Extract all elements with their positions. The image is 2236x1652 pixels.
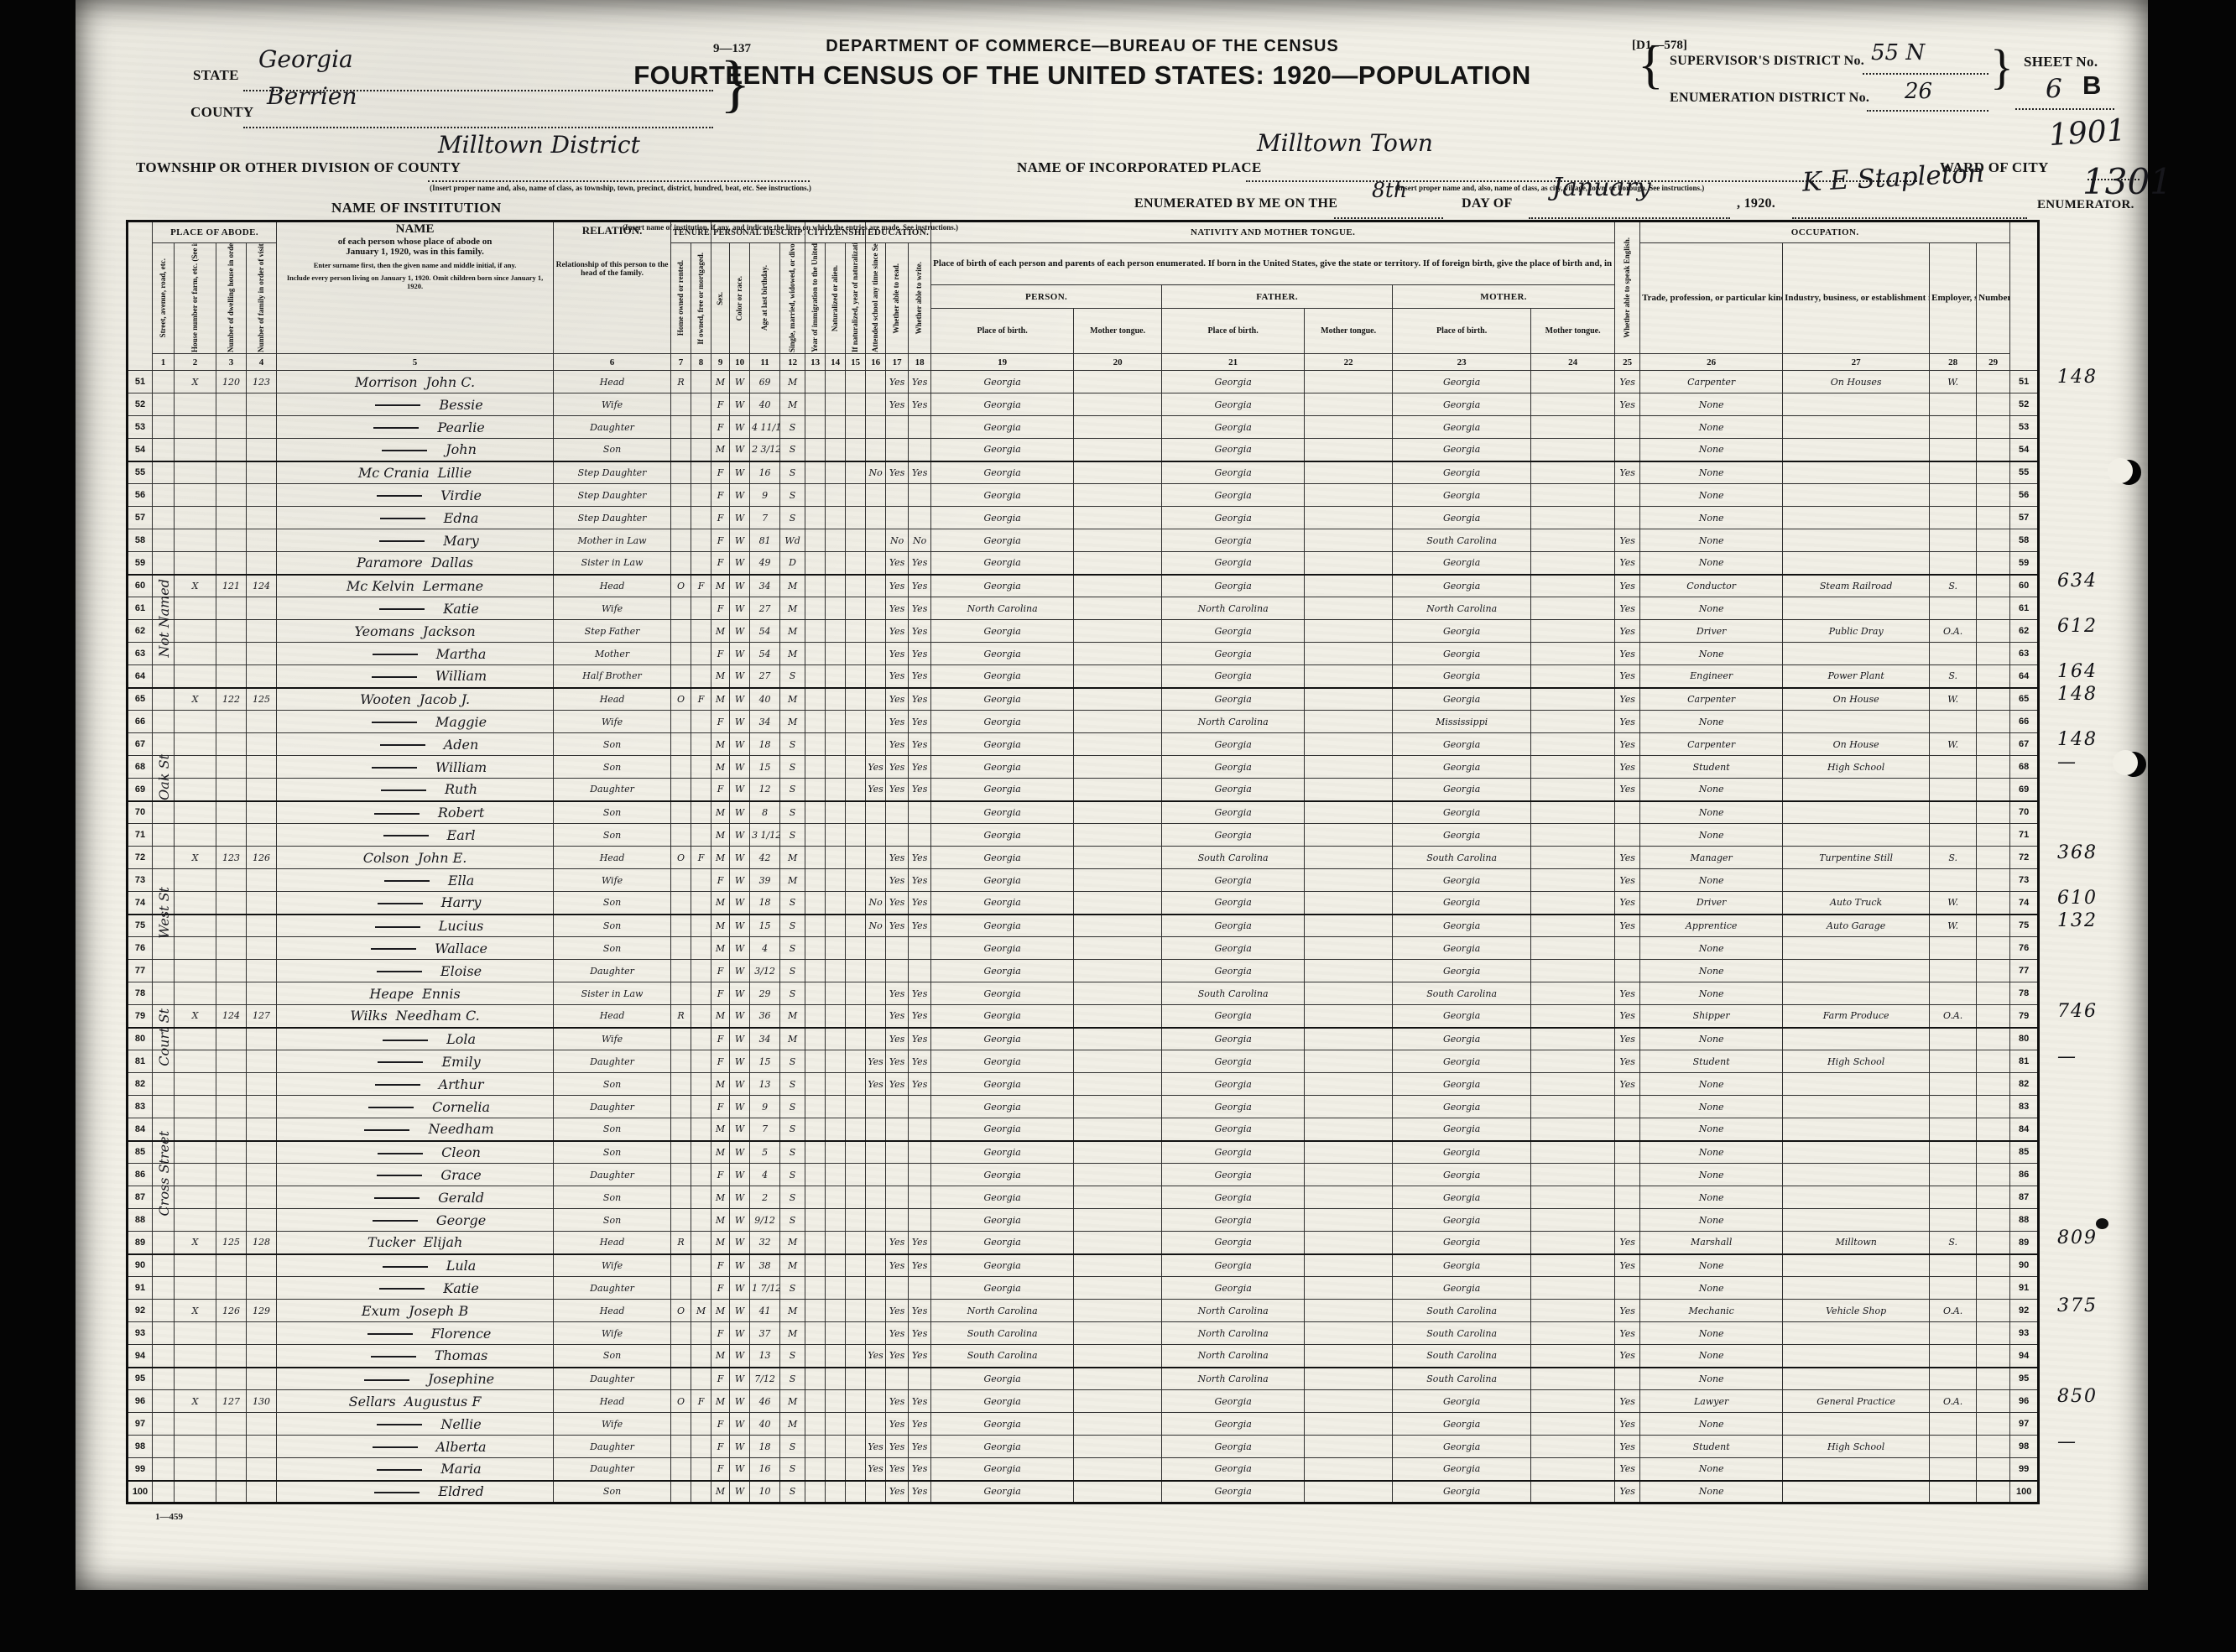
- cell-c1: [153, 1413, 175, 1436]
- cell-ind: On House: [1783, 688, 1930, 711]
- cell-x: [175, 1277, 216, 1300]
- cell-wr: Yes: [909, 1028, 931, 1050]
- cell-c14: [826, 688, 846, 711]
- cell-wr: Yes: [909, 1300, 931, 1322]
- cell-name: ParamoreDallas: [277, 552, 554, 575]
- cell-att: [866, 869, 886, 892]
- cell-ind: Auto Truck: [1783, 892, 1930, 915]
- street-name: Court St: [153, 981, 175, 1094]
- cell-c24: [1531, 1254, 1615, 1277]
- cell-ln: 100: [2010, 1481, 2039, 1503]
- cell-c13: [805, 1436, 826, 1458]
- cell-col: W: [730, 733, 750, 756]
- group-occupation: OCCUPATION.: [1640, 221, 2010, 243]
- cell-rel: Daughter: [554, 1050, 671, 1073]
- cell-c14: [826, 960, 846, 982]
- cell-fm: [691, 892, 711, 915]
- cell-name: MorrisonJohn C.: [277, 371, 554, 393]
- cell-rel: Son: [554, 439, 671, 461]
- cell-ln: 51: [2010, 371, 2039, 393]
- line-col-header-left: [128, 221, 153, 371]
- cell-fam: [247, 416, 277, 439]
- cell-col: W: [730, 371, 750, 393]
- cell-eng: [1615, 1164, 1640, 1186]
- cell-ln: 79: [2010, 1005, 2039, 1028]
- cell-rel: Head: [554, 371, 671, 393]
- cell-emp: [1930, 937, 1977, 960]
- cell-wr: Yes: [909, 711, 931, 733]
- cell-c22: [1305, 847, 1393, 869]
- cell-dw: [216, 711, 247, 733]
- cell-ind: Vehicle Shop: [1783, 1300, 1930, 1322]
- institution-label: NAME OF INSTITUTION: [331, 200, 502, 216]
- cell-c24: [1531, 597, 1615, 620]
- cell-col: W: [730, 1118, 750, 1141]
- cell-c24: [1531, 960, 1615, 982]
- cell-col: W: [730, 937, 750, 960]
- cell-c24: [1531, 1232, 1615, 1254]
- cell-dw: [216, 1436, 247, 1458]
- cell-pm: Georgia: [1393, 1186, 1531, 1209]
- cell-pf: Georgia: [1162, 1118, 1305, 1141]
- cell-age: 38: [750, 1254, 780, 1277]
- cell-dw: [216, 1254, 247, 1277]
- cell-fam: 124: [247, 575, 277, 597]
- table-row: 59ParamoreDallasSister in LawFW49DYesYes…: [128, 552, 2039, 575]
- cell-c13: [805, 711, 826, 733]
- cell-dw: 122: [216, 688, 247, 711]
- cell-or: O: [671, 847, 691, 869]
- cell-c15: [846, 1209, 866, 1232]
- cell-tr: None: [1640, 1254, 1783, 1277]
- cell-name: HeapeEnnis: [277, 982, 554, 1005]
- cell-c14: [826, 779, 846, 801]
- cell-name: Lula: [277, 1254, 554, 1277]
- cell-emp: S.: [1930, 847, 1977, 869]
- cell-ind: [1783, 824, 1930, 847]
- cell-ind: [1783, 1277, 1930, 1300]
- cell-mar: M: [780, 1005, 805, 1028]
- cell-sex: F: [711, 416, 730, 439]
- cell-c13: [805, 393, 826, 416]
- cell-pf: Georgia: [1162, 1050, 1305, 1073]
- cell-ind: [1783, 597, 1930, 620]
- cell-fm: [691, 552, 711, 575]
- cell-c24: [1531, 869, 1615, 892]
- cell-tr: Apprentice: [1640, 915, 1783, 937]
- cell-x: [175, 620, 216, 643]
- cell-wr: [909, 484, 931, 507]
- cell-c20: [1074, 892, 1162, 915]
- cell-tr: Lawyer: [1640, 1390, 1783, 1413]
- cell-ln: 59: [128, 552, 153, 575]
- cell-wr: Yes: [909, 915, 931, 937]
- cell-att: [866, 371, 886, 393]
- cell-x: X: [175, 1300, 216, 1322]
- cell-wr: Yes: [909, 756, 931, 779]
- cell-col: W: [730, 1300, 750, 1322]
- cell-ln: 75: [128, 915, 153, 937]
- cell-pm: Georgia: [1393, 960, 1531, 982]
- cell-c14: [826, 892, 846, 915]
- cell-c15: [846, 552, 866, 575]
- cell-pb: Georgia: [931, 1028, 1074, 1050]
- cell-c22: [1305, 1277, 1393, 1300]
- cell-rel: Half Brother: [554, 665, 671, 688]
- cell-wr: Yes: [909, 1390, 931, 1413]
- cell-age: 81: [750, 529, 780, 552]
- cell-wr: Yes: [909, 665, 931, 688]
- cell-wr: Yes: [909, 982, 931, 1005]
- cell-pb: Georgia: [931, 847, 1074, 869]
- cell-pm: Georgia: [1393, 1050, 1531, 1073]
- cell-ln: 99: [128, 1458, 153, 1481]
- cell-rel: Son: [554, 1073, 671, 1096]
- cell-fm: [691, 779, 711, 801]
- cell-ind: High School: [1783, 1436, 1930, 1458]
- cell-c13: [805, 1458, 826, 1481]
- cell-col: W: [730, 1277, 750, 1300]
- cell-mar: S: [780, 1073, 805, 1096]
- cell-fm: [691, 1096, 711, 1118]
- cell-c15: [846, 779, 866, 801]
- cell-c13: [805, 1050, 826, 1073]
- cell-pm: Georgia: [1393, 824, 1531, 847]
- cell-or: [671, 461, 691, 484]
- cell-ln: 64: [128, 665, 153, 688]
- col-number-17: 17: [886, 354, 909, 371]
- cell-att: [866, 1186, 886, 1209]
- cell-fam: [247, 1073, 277, 1096]
- table-row: 91KatieDaughterFW1 7/12SGeorgiaGeorgiaGe…: [128, 1277, 2039, 1300]
- cell-tr: Conductor: [1640, 575, 1783, 597]
- table-row: 60X121124Mc KelvinLermaneHeadOFMW34MYesY…: [128, 575, 2039, 597]
- cell-att: [866, 1254, 886, 1277]
- cell-age: 2 3/12: [750, 439, 780, 461]
- cell-rel: Son: [554, 801, 671, 824]
- cell-mar: S: [780, 484, 805, 507]
- cell-pm: Georgia: [1393, 643, 1531, 665]
- cell-c15: [846, 892, 866, 915]
- cell-ind: [1783, 801, 1930, 824]
- col-29-header: Number of farm schedule.: [1977, 243, 2010, 354]
- col-number-13: 13: [805, 354, 826, 371]
- cell-fm: F: [691, 847, 711, 869]
- table-row: 57EdnaStep DaughterFW7SGeorgiaGeorgiaGeo…: [128, 507, 2039, 529]
- cell-x: [175, 801, 216, 824]
- col-14-header: Naturalized or alien.: [826, 243, 846, 354]
- cell-emp: [1930, 1209, 1977, 1232]
- cell-c14: [826, 1005, 846, 1028]
- cell-tr: None: [1640, 1413, 1783, 1436]
- cell-rd: Yes: [886, 1413, 909, 1436]
- cell-c15: [846, 960, 866, 982]
- cell-pf: Georgia: [1162, 688, 1305, 711]
- page-title: FOURTEENTH CENSUS OF THE UNITED STATES: …: [327, 60, 1837, 91]
- cell-or: [671, 982, 691, 1005]
- cell-c24: [1531, 1458, 1615, 1481]
- cell-c29: [1977, 801, 2010, 824]
- cell-age: 34: [750, 711, 780, 733]
- cell-age: 7: [750, 1118, 780, 1141]
- cell-tr: None: [1640, 1277, 1783, 1300]
- cell-age: 40: [750, 688, 780, 711]
- group-relation: RELATION. Relationship of this person to…: [554, 221, 671, 354]
- cell-ind: [1783, 1368, 1930, 1390]
- census-scan: 9—137 DEPARTMENT OF COMMERCE—BUREAU OF T…: [0, 0, 2236, 1652]
- cell-c20: [1074, 643, 1162, 665]
- col-number-1: 1: [153, 354, 175, 371]
- cell-c20: [1074, 982, 1162, 1005]
- cell-name: Katie: [277, 1277, 554, 1300]
- cell-rel: Wife: [554, 1322, 671, 1345]
- cell-c24: [1531, 1164, 1615, 1186]
- cell-x: [175, 1368, 216, 1390]
- cell-or: O: [671, 575, 691, 597]
- group-education: EDUCATION.: [866, 221, 931, 243]
- cell-c20: [1074, 507, 1162, 529]
- cell-ln: 85: [128, 1141, 153, 1164]
- cell-col: W: [730, 824, 750, 847]
- cell-c29: [1977, 552, 2010, 575]
- street-name: West St: [153, 845, 175, 981]
- cell-c1: [153, 1368, 175, 1390]
- cell-x: X: [175, 688, 216, 711]
- cell-rd: Yes: [886, 1050, 909, 1073]
- nativity-note: Place of birth of each person and parent…: [931, 243, 1615, 285]
- cell-or: [671, 643, 691, 665]
- cell-c29: [1977, 1322, 2010, 1345]
- cell-x: [175, 507, 216, 529]
- cell-c13: [805, 597, 826, 620]
- cell-tr: None: [1640, 597, 1783, 620]
- cell-sex: F: [711, 779, 730, 801]
- enumeration-district-line: [1867, 109, 1988, 112]
- cell-pm: Georgia: [1393, 552, 1531, 575]
- cell-age: 15: [750, 756, 780, 779]
- cell-ln: 74: [128, 892, 153, 915]
- cell-wr: Yes: [909, 1345, 931, 1368]
- group-personal-description: PERSONAL DESCRIPTION.: [711, 221, 805, 243]
- cell-tr: None: [1640, 1345, 1783, 1368]
- cell-emp: [1930, 461, 1977, 484]
- cell-wr: Yes: [909, 371, 931, 393]
- cell-fam: [247, 1481, 277, 1503]
- cell-c24: [1531, 1096, 1615, 1118]
- cell-ln: 70: [128, 801, 153, 824]
- cell-ind: [1783, 1096, 1930, 1118]
- enumeration-district-label: ENUMERATION DISTRICT No.: [1670, 91, 1869, 106]
- cell-name: George: [277, 1209, 554, 1232]
- cell-fam: [247, 1096, 277, 1118]
- cell-ln: 77: [128, 960, 153, 982]
- cell-rel: Mother: [554, 643, 671, 665]
- place-label: NAME OF INCORPORATED PLACE: [1017, 159, 1262, 176]
- cell-tr: None: [1640, 1209, 1783, 1232]
- cell-c20: [1074, 1481, 1162, 1503]
- cell-pm: Georgia: [1393, 915, 1531, 937]
- margin-note: 746: [2057, 1001, 2098, 1022]
- cell-c1: [153, 1436, 175, 1458]
- cell-att: [866, 529, 886, 552]
- cell-c29: [1977, 1390, 2010, 1413]
- cell-dw: [216, 801, 247, 824]
- cell-c15: [846, 507, 866, 529]
- cell-pf: Georgia: [1162, 1254, 1305, 1277]
- cell-sex: M: [711, 733, 730, 756]
- cell-fm: [691, 1458, 711, 1481]
- cell-fm: [691, 869, 711, 892]
- cell-c15: [846, 393, 866, 416]
- cell-sex: F: [711, 711, 730, 733]
- cell-c1: [153, 1345, 175, 1368]
- cell-pm: Georgia: [1393, 484, 1531, 507]
- cell-fam: [247, 393, 277, 416]
- cell-c14: [826, 1390, 846, 1413]
- cell-fam: [247, 937, 277, 960]
- cell-name: Mc KelvinLermane: [277, 575, 554, 597]
- cell-ln: 65: [128, 688, 153, 711]
- cell-pm: Georgia: [1393, 1458, 1531, 1481]
- cell-tr: None: [1640, 552, 1783, 575]
- cell-col: W: [730, 1345, 750, 1368]
- cell-pf: North Carolina: [1162, 1300, 1305, 1322]
- cell-name: Cleon: [277, 1141, 554, 1164]
- cell-emp: [1930, 756, 1977, 779]
- cell-name: Maria: [277, 1458, 554, 1481]
- col-13-header: Year of immigration to the United States…: [805, 243, 826, 354]
- county-label: COUNTY: [190, 104, 253, 121]
- cell-c1: [153, 371, 175, 393]
- cell-wr: Yes: [909, 575, 931, 597]
- cell-rd: Yes: [886, 869, 909, 892]
- cell-rd: Yes: [886, 1232, 909, 1254]
- cell-or: [671, 620, 691, 643]
- cell-c1: [153, 461, 175, 484]
- cell-pm: Georgia: [1393, 1141, 1531, 1164]
- table-row: 86GraceDaughterFW4SGeorgiaGeorgiaGeorgia…: [128, 1164, 2039, 1186]
- cell-emp: W.: [1930, 915, 1977, 937]
- cell-fm: [691, 1436, 711, 1458]
- sheet-label: SHEET No.: [2024, 54, 2098, 70]
- cell-att: [866, 1209, 886, 1232]
- cell-c29: [1977, 960, 2010, 982]
- cell-c24: [1531, 824, 1615, 847]
- cell-ln: 96: [2010, 1390, 2039, 1413]
- cell-pf: Georgia: [1162, 733, 1305, 756]
- cell-c14: [826, 1436, 846, 1458]
- cell-c13: [805, 1277, 826, 1300]
- cell-c24: [1531, 1005, 1615, 1028]
- cell-pf: Georgia: [1162, 484, 1305, 507]
- cell-sex: F: [711, 1028, 730, 1050]
- cell-att: [866, 552, 886, 575]
- cell-c20: [1074, 711, 1162, 733]
- col-number-4: 4: [247, 354, 277, 371]
- col-25-header: Whether able to speak English.: [1615, 221, 1640, 354]
- col-number-20: 20: [1074, 354, 1162, 371]
- cell-rd: Yes: [886, 915, 909, 937]
- ink-blot-3: [2096, 1218, 2108, 1229]
- col-number-16: 16: [866, 354, 886, 371]
- cell-or: [671, 801, 691, 824]
- cell-dw: [216, 1277, 247, 1300]
- cell-pb: Georgia: [931, 915, 1074, 937]
- cell-c1: [153, 416, 175, 439]
- cell-emp: [1930, 1028, 1977, 1050]
- cell-sex: M: [711, 892, 730, 915]
- cell-c20: [1074, 1028, 1162, 1050]
- cell-c20: [1074, 393, 1162, 416]
- supervisor-district-value: 55 N: [1871, 40, 1925, 65]
- cell-sex: M: [711, 688, 730, 711]
- cell-c29: [1977, 597, 2010, 620]
- cell-emp: [1930, 597, 1977, 620]
- cell-x: [175, 1209, 216, 1232]
- cell-ln: 94: [2010, 1345, 2039, 1368]
- cell-eng: Yes: [1615, 1254, 1640, 1277]
- cell-name: Ella: [277, 869, 554, 892]
- cell-c15: [846, 1096, 866, 1118]
- cell-att: [866, 688, 886, 711]
- cell-ind: [1783, 1209, 1930, 1232]
- cell-c13: [805, 1141, 826, 1164]
- enum-day-line: [1334, 216, 1443, 219]
- cell-wr: Yes: [909, 1436, 931, 1458]
- cell-c22: [1305, 824, 1393, 847]
- table-row: 80LolaWifeFW34MYesYesGeorgiaGeorgiaGeorg…: [128, 1028, 2039, 1050]
- cell-name: YeomansJackson: [277, 620, 554, 643]
- cell-c13: [805, 416, 826, 439]
- place-value: Milltown Town: [1257, 129, 1433, 157]
- cell-wr: [909, 1096, 931, 1118]
- cell-rd: Yes: [886, 1028, 909, 1050]
- group-place-of-abode: PLACE OF ABODE.: [153, 221, 277, 243]
- cell-eng: Yes: [1615, 1005, 1640, 1028]
- table-row: 81EmilyDaughterFW15SYesYesYesGeorgiaGeor…: [128, 1050, 2039, 1073]
- cell-dw: [216, 960, 247, 982]
- cell-eng: Yes: [1615, 847, 1640, 869]
- cell-tr: Shipper: [1640, 1005, 1783, 1028]
- cell-name: WilksNeedham C.: [277, 1005, 554, 1028]
- cell-pf: Georgia: [1162, 393, 1305, 416]
- cell-pb: Georgia: [931, 529, 1074, 552]
- cell-tr: None: [1640, 982, 1783, 1005]
- cell-rd: [886, 416, 909, 439]
- cell-c15: [846, 484, 866, 507]
- cell-emp: [1930, 1368, 1977, 1390]
- cell-fm: [691, 1005, 711, 1028]
- cell-x: [175, 824, 216, 847]
- cell-sex: M: [711, 756, 730, 779]
- cell-c22: [1305, 507, 1393, 529]
- cell-rd: Yes: [886, 711, 909, 733]
- cell-fam: [247, 1254, 277, 1277]
- cell-emp: [1930, 552, 1977, 575]
- cell-c13: [805, 1073, 826, 1096]
- cell-name: Thomas: [277, 1345, 554, 1368]
- cell-pm: Georgia: [1393, 733, 1531, 756]
- cell-ln: 64: [2010, 665, 2039, 688]
- cell-or: [671, 756, 691, 779]
- cell-rel: Daughter: [554, 416, 671, 439]
- cell-ln: 98: [128, 1436, 153, 1458]
- cell-ln: 96: [128, 1390, 153, 1413]
- col-number-14: 14: [826, 354, 846, 371]
- cell-c22: [1305, 937, 1393, 960]
- cell-att: [866, 1277, 886, 1300]
- table-row: 93FlorenceWifeFW37MYesYesSouth CarolinaN…: [128, 1322, 2039, 1345]
